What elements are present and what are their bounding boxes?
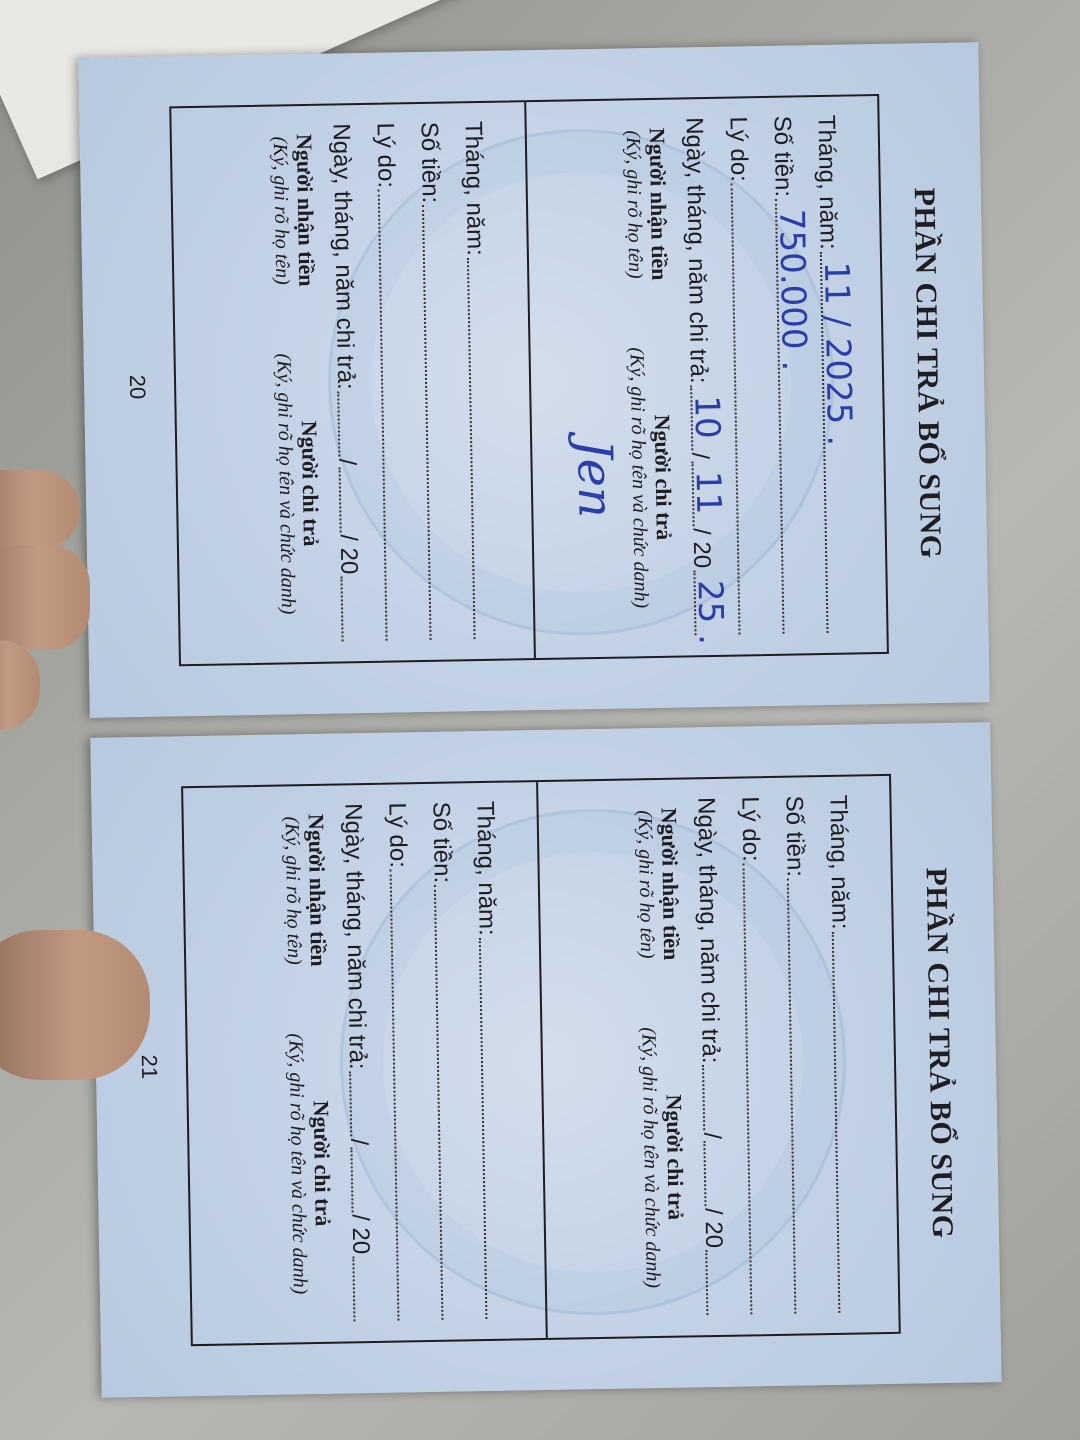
pay-date-label: Ngày, tháng, năm chi trả: [680,117,713,384]
page-number: 21 [130,737,168,1397]
receiver-signature[interactable]: Người nhận tiền (Ký, ghi rõ họ tên) [280,814,332,967]
pay-year-field[interactable]: 25 . [693,570,696,635]
pay-year-field[interactable] [352,1256,355,1321]
pay-year-field[interactable] [340,576,343,641]
amount-field[interactable] [422,205,432,640]
pay-month-value: 11 [688,471,729,515]
pay-day-field[interactable]: 10 [690,386,693,451]
amount-label: Số tiền: [767,115,796,197]
payer-signature[interactable]: Người chi trả (Ký, ghi rõ họ tên và chức… [272,353,326,615]
payer-role: Người chi trả [648,347,679,608]
amount-field[interactable] [434,885,444,1320]
entries-frame: Tháng, năm: 11 / 2025 . Số tiền: 750.000… [169,94,889,666]
reason-label: Lý do: [735,796,764,862]
entries-frame: Tháng, năm: Số tiền: Lý do: Ngày, tháng,… [181,774,901,1346]
receiver-note: (Ký, ghi rõ họ tên) [280,814,306,967]
reason-field[interactable] [731,184,741,635]
month-year-row: Tháng, năm: [459,121,512,642]
payment-entry: Tháng, năm: Số tiền: Lý do: Ngày, tháng,… [536,776,899,1338]
payer-signature[interactable]: Người chi trả (Ký, ghi rõ họ tên và chức… [565,347,679,610]
pay-date-label: Ngày, tháng, năm chi trả: [338,803,371,1070]
receiver-signature[interactable]: Người nhận tiền (Ký, ghi rõ họ tên) [561,128,673,282]
page-21: PHẦN CHI TRẢ BỔ SUNG Tháng, năm: Số tiền… [90,722,1001,1398]
pay-day-field[interactable] [349,1072,352,1137]
pay-date-row: Ngày, tháng, năm chi trả: 10 / 11 / 20 2… [680,117,733,638]
pay-year-prefix: / 20 [334,534,363,575]
month-year-label: Tháng, năm: [459,121,489,256]
month-year-label: Tháng, năm: [811,115,841,250]
payer-signature[interactable]: Người chi trả (Ký, ghi rõ họ tên và chức… [636,1027,690,1289]
month-year-label: Tháng, năm: [470,801,500,936]
reason-field[interactable] [390,870,400,1321]
receiver-role: Người nhận tiền [291,134,320,287]
receiver-note: (Ký, ghi rõ họ tên) [621,128,647,281]
pay-month-field[interactable] [339,467,342,532]
payer-note: (Ký, ghi rõ họ tên và chức danh) [636,1027,664,1288]
amount-field[interactable]: 750.000 . [775,199,785,634]
receiver-role: Người nhận tiền [644,128,673,281]
date-separator: / [697,1132,725,1139]
payer-note: (Ký, ghi rõ họ tên và chức danh) [272,353,300,614]
pay-date-label: Ngày, tháng, năm chi trả: [691,797,724,1064]
signature-block: Người nhận tiền (Ký, ghi rõ họ tên) Ngườ… [268,124,326,645]
pay-year-field[interactable] [705,1250,708,1315]
reason-label: Lý do: [723,116,752,182]
receiver-role: Người nhận tiền [303,814,332,967]
payer-note: (Ký, ghi rõ họ tên và chức danh) [283,1033,311,1294]
pay-month-field[interactable]: 11 [692,461,695,526]
pay-year-value: 25 . [690,580,731,646]
amount-value: 750.000 . [771,209,814,372]
amount-field[interactable] [787,879,797,1314]
receiver-note: (Ký, ghi rõ họ tên) [633,808,659,961]
payment-entry: Tháng, năm: 11 / 2025 . Số tiền: 750.000… [524,96,887,658]
reason-field[interactable] [378,190,388,641]
payer-role: Người chi trả [306,1033,337,1294]
pay-date-label: Ngày, tháng, năm chi trả: [327,123,360,390]
thumb [0,930,150,1080]
pay-date-row: Ngày, tháng, năm chi trả: / / 20 [327,123,380,644]
reason-field[interactable] [743,864,753,1315]
finger [0,640,40,730]
finger [0,545,90,650]
month-year-field[interactable] [832,932,841,1313]
finger [0,470,80,550]
pay-date-row: Ngày, tháng, năm chi trả: / / 20 [691,797,744,1318]
page-title: PHẦN CHI TRẢ BỔ SUNG [904,43,950,703]
payment-entry: Tháng, năm: Số tiền: Lý do: Ngày, tháng,… [171,102,534,664]
pay-year-prefix: / 20 [687,528,716,569]
date-separator: / [332,458,360,465]
date-separator: / [685,452,713,459]
amount-label: Số tiền: [426,802,455,884]
pay-month-field[interactable] [703,1141,706,1206]
receiver-role: Người nhận tiền [656,808,685,961]
reason-label: Lý do: [382,802,411,868]
signature-block: Người nhận tiền (Ký, ghi rõ họ tên) Ngườ… [561,118,679,640]
amount-label: Số tiền: [415,122,444,204]
signature-block: Người nhận tiền (Ký, ghi rõ họ tên) Ngườ… [632,798,690,1319]
pay-year-prefix: / 20 [699,1208,728,1249]
page-20: PHẦN CHI TRẢ BỔ SUNG Tháng, năm: 11 / 20… [78,42,989,718]
month-year-row: Tháng, năm: 11 / 2025 . [811,114,864,635]
month-year-row: Tháng, năm: [470,800,523,1321]
payer-signature[interactable]: Người chi trả (Ký, ghi rõ họ tên và chức… [283,1033,337,1295]
pay-year-prefix: / 20 [346,1214,375,1255]
page-number: 20 [118,57,156,717]
payer-note: (Ký, ghi rõ họ tên và chức danh) [625,347,653,608]
receiver-signature[interactable]: Người nhận tiền (Ký, ghi rõ họ tên) [633,808,685,961]
pay-day-value: 10 [686,395,727,439]
payer-role: Người chi trả [659,1027,690,1288]
page-title: PHẦN CHI TRẢ BỔ SUNG [916,723,962,1383]
month-year-field[interactable] [467,258,476,639]
payment-entry: Tháng, năm: Số tiền: Lý do: Ngày, tháng,… [183,782,546,1344]
pay-date-row: Ngày, tháng, năm chi trả: / / 20 [338,803,391,1324]
payer-role: Người chi trả [295,353,326,614]
month-year-value: 11 / 2025 . [816,261,859,446]
amount-label: Số tiền: [779,795,808,877]
month-year-field[interactable] [479,938,488,1319]
pay-day-field[interactable] [337,392,340,457]
reason-label: Lý do: [371,122,400,188]
receiver-note: (Ký, ghi rõ họ tên) [268,134,294,287]
month-year-label: Tháng, năm: [823,795,853,930]
payment-booklet: PHẦN CHI TRẢ BỔ SUNG Tháng, năm: 11 / 20… [78,42,1001,1398]
signature-block: Người nhận tiền (Ký, ghi rõ họ tên) Ngườ… [279,804,337,1325]
date-separator: / [344,1138,372,1145]
month-year-row: Tháng, năm: [823,794,876,1315]
pay-day-field[interactable] [702,1066,705,1131]
month-year-field[interactable]: 11 / 2025 . [820,252,829,633]
pay-month-field[interactable] [350,1147,353,1212]
receiver-signature[interactable]: Người nhận tiền (Ký, ghi rõ họ tên) [268,134,320,287]
handwritten-signature: Jen [565,348,626,610]
